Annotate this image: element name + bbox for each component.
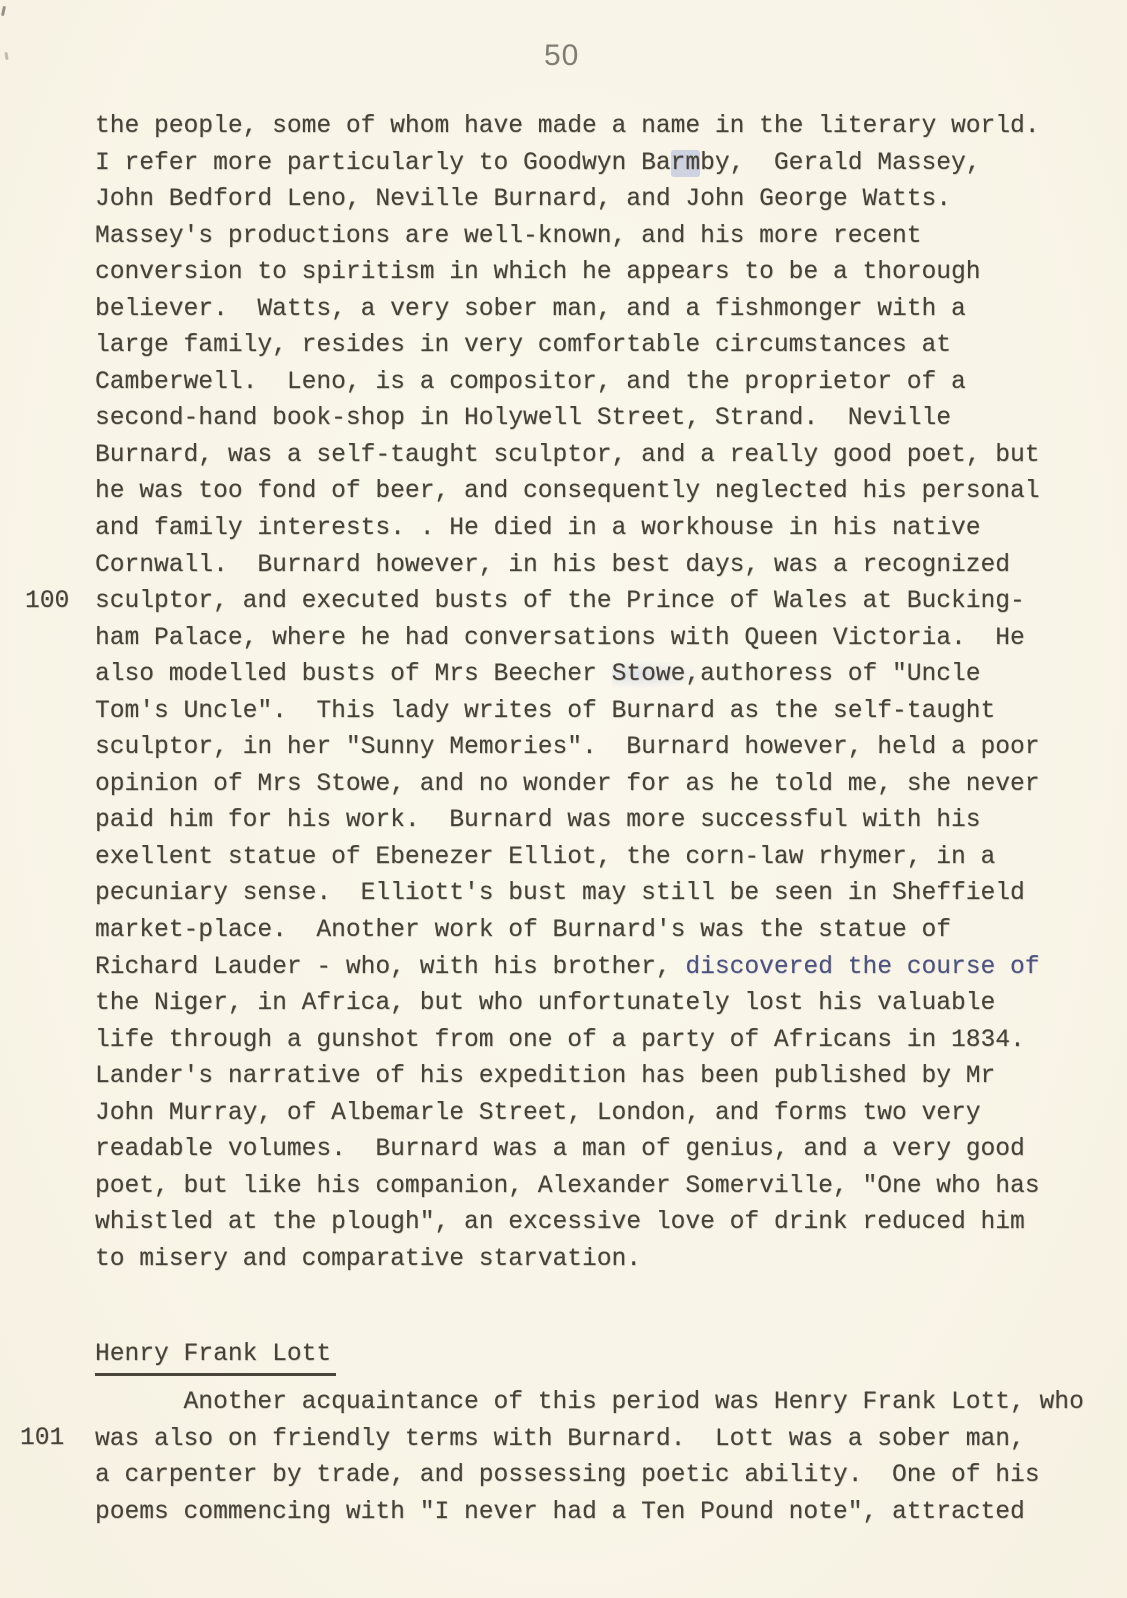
typewriter-text: whistled at the plough", an excessive lo…: [95, 1209, 1025, 1236]
text-line: to misery and comparative starvation.: [95, 1242, 1040, 1279]
typewriter-text: the Niger, in Africa, but who unfortunat…: [95, 990, 995, 1017]
typewriter-text: Another acquaintance of this period was …: [95, 1389, 1084, 1416]
typewriter-text: ham Palace, where he had conversations w…: [95, 625, 1025, 652]
typewriter-text: Massey's productions are well-known, and…: [95, 223, 922, 250]
text-line: and family interests. . He died in a wor…: [95, 511, 1040, 548]
text-line: paid him for his work. Burnard was more …: [95, 803, 1040, 840]
typewriter-text: authoress of "Uncle: [700, 661, 980, 688]
text-line: conversion to spiritism in which he appe…: [95, 255, 1040, 292]
text-line: John Bedford Leno, Neville Burnard, and …: [95, 182, 1040, 219]
typewriter-text: Stowe,: [612, 661, 701, 688]
typewriter-text: John Bedford Leno, Neville Burnard, and …: [95, 186, 951, 213]
text-line: life through a gunshot from one of a par…: [95, 1023, 1040, 1060]
document-page: 50 100 101 the people, some of whom have…: [0, 0, 1127, 1598]
page-number: 50: [544, 41, 579, 71]
typewriter-text: large family, resides in very comfortabl…: [95, 332, 951, 359]
text-line: pecuniary sense. Elliott's bust may stil…: [95, 876, 1040, 913]
typewriter-text: opinion of Mrs Stowe, and no wonder for …: [95, 771, 1040, 798]
typewriter-text: readable volumes. Burnard was a man of g…: [95, 1136, 1025, 1163]
typewriter-text: poet, but like his companion, Alexander …: [95, 1173, 1040, 1200]
body-paragraph: the people, some of whom have made a nam…: [95, 109, 1040, 1279]
text-line: the Niger, in Africa, but who unfortunat…: [95, 986, 1040, 1023]
typewriter-text: sculptor, in her "Sunny Memories". Burna…: [95, 734, 1040, 761]
text-line: readable volumes. Burnard was a man of g…: [95, 1132, 1040, 1169]
typewriter-text: rm: [671, 150, 701, 177]
typewriter-text: exellent statue of Ebenezer Elliot, the …: [95, 844, 995, 871]
text-line: a carpenter by trade, and possessing poe…: [95, 1458, 1084, 1495]
typewriter-text: pecuniary sense. Elliott's bust may stil…: [95, 880, 1025, 907]
text-line: Cornwall. Burnard however, in his best d…: [95, 548, 1040, 585]
typewriter-text: Richard Lauder - who, with his brother,: [95, 954, 685, 981]
typewriter-text: the people, some of whom have made a nam…: [95, 113, 1040, 140]
text-line: also modelled busts of Mrs Beecher Stowe…: [95, 657, 1040, 694]
typewriter-text: market-place. Another work of Burnard's …: [95, 917, 951, 944]
margin-note-100: 100: [25, 584, 69, 621]
text-line: Another acquaintance of this period was …: [95, 1385, 1084, 1422]
typewriter-text: poems commencing with "I never had a Ten…: [95, 1499, 1025, 1526]
typewriter-text: was also on friendly terms with Burnard.…: [95, 1426, 1025, 1453]
typewriter-text: also modelled busts of Mrs Beecher: [95, 661, 612, 688]
text-line: Richard Lauder - who, with his brother, …: [95, 950, 1040, 987]
typewriter-text: a carpenter by trade, and possessing poe…: [95, 1462, 1040, 1489]
typewriter-text: life through a gunshot from one of a par…: [95, 1027, 1025, 1054]
text-line: sculptor, in her "Sunny Memories". Burna…: [95, 730, 1040, 767]
typewriter-text: believer. Watts, a very sober man, and a…: [95, 296, 966, 323]
typewriter-text: and family interests. . He died in a wor…: [95, 515, 981, 542]
text-line: Tom's Uncle". This lady writes of Burnar…: [95, 694, 1040, 731]
text-line: I refer more particularly to Goodwyn Bar…: [95, 146, 1040, 183]
text-line: the people, some of whom have made a nam…: [95, 109, 1040, 146]
text-line: poet, but like his companion, Alexander …: [95, 1169, 1040, 1206]
typewriter-text: Cornwall. Burnard however, in his best d…: [95, 552, 1010, 579]
text-line: Massey's productions are well-known, and…: [95, 219, 1040, 256]
blue-ink-text: discovered the course of: [685, 954, 1039, 981]
typewriter-text: paid him for his work. Burnard was more …: [95, 807, 981, 834]
text-line: Camberwell. Leno, is a compositor, and t…: [95, 365, 1040, 402]
paper-speck: [1, 6, 6, 16]
paper-speck: [4, 52, 8, 60]
typewriter-text: John Murray, of Albemarle Street, London…: [95, 1100, 981, 1127]
typewriter-text: second-hand book-shop in Holywell Street…: [95, 405, 951, 432]
text-line: he was too fond of beer, and consequentl…: [95, 474, 1040, 511]
text-line: ham Palace, where he had conversations w…: [95, 621, 1040, 658]
typewriter-text: Burnard, was a self-taught sculptor, and…: [95, 442, 1040, 469]
text-line: large family, resides in very comfortabl…: [95, 328, 1040, 365]
text-line: sculptor, and executed busts of the Prin…: [95, 584, 1040, 621]
text-line: believer. Watts, a very sober man, and a…: [95, 292, 1040, 329]
typewriter-text: to misery and comparative starvation.: [95, 1246, 641, 1273]
text-line: John Murray, of Albemarle Street, London…: [95, 1096, 1040, 1133]
typewriter-text: sculptor, and executed busts of the Prin…: [95, 588, 1025, 615]
section-paragraph: Another acquaintance of this period was …: [95, 1385, 1084, 1531]
text-line: exellent statue of Ebenezer Elliot, the …: [95, 840, 1040, 877]
typewriter-text: Tom's Uncle". This lady writes of Burnar…: [95, 698, 995, 725]
text-line: whistled at the plough", an excessive lo…: [95, 1205, 1040, 1242]
typewriter-text: Lander's narrative of his expedition has…: [95, 1063, 995, 1090]
typewriter-text: I refer more particularly to Goodwyn Ba: [95, 150, 671, 177]
text-line: Lander's narrative of his expedition has…: [95, 1059, 1040, 1096]
typewriter-text: conversion to spiritism in which he appe…: [95, 259, 981, 286]
text-line: second-hand book-shop in Holywell Street…: [95, 401, 1040, 438]
text-line: was also on friendly terms with Burnard.…: [95, 1422, 1084, 1459]
text-line: Burnard, was a self-taught sculptor, and…: [95, 438, 1040, 475]
text-line: market-place. Another work of Burnard's …: [95, 913, 1040, 950]
typewriter-text: Camberwell. Leno, is a compositor, and t…: [95, 369, 966, 396]
margin-note-101: 101: [20, 1421, 64, 1458]
typewriter-text: by, Gerald Massey,: [700, 150, 980, 177]
typewriter-text: he was too fond of beer, and consequentl…: [95, 478, 1040, 505]
section-heading: Henry Frank Lott: [95, 1341, 336, 1376]
text-line: opinion of Mrs Stowe, and no wonder for …: [95, 767, 1040, 804]
text-line: poems commencing with "I never had a Ten…: [95, 1495, 1084, 1532]
